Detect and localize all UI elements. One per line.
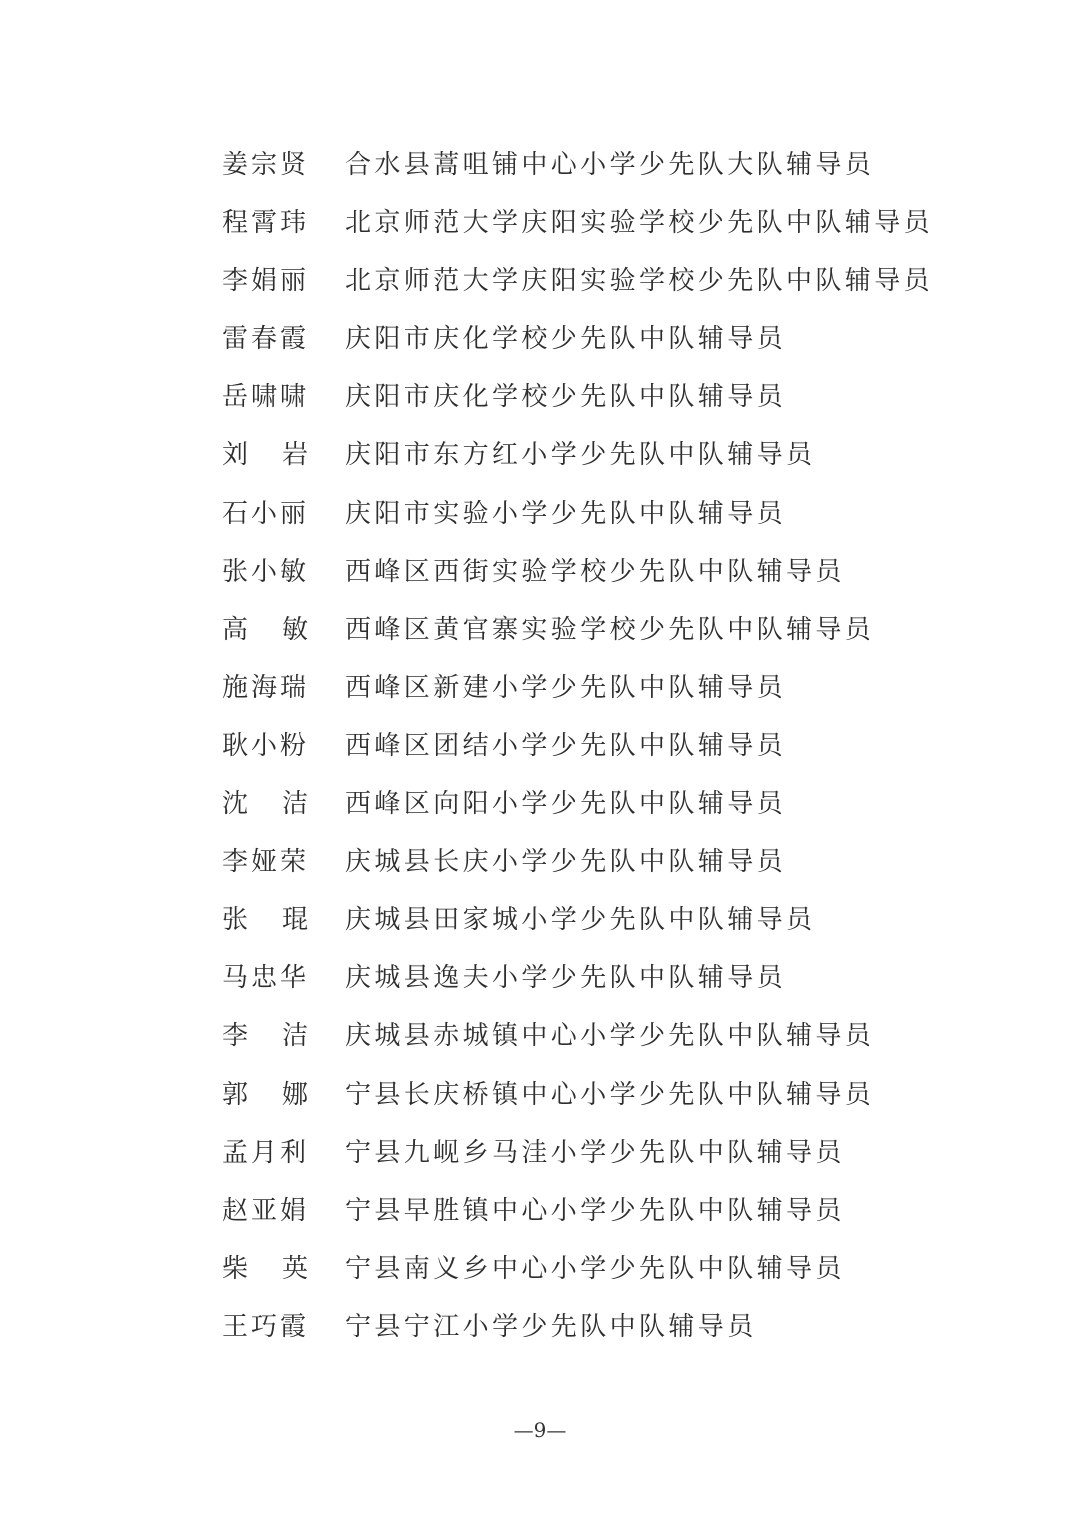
person-role: 庆城县田家城小学少先队中队辅导员	[345, 900, 815, 940]
person-role: 庆城县逸夫小学少先队中队辅导员	[345, 958, 786, 998]
person-name: 孟月利	[222, 1133, 345, 1173]
list-item: 王巧霞 宁县宁江小学少先队中队辅导员	[222, 1307, 922, 1365]
person-name: 王巧霞	[222, 1307, 345, 1347]
person-name: 刘 岩	[222, 435, 308, 475]
list-item: 李 洁 庆城县赤城镇中心小学少先队中队辅导员	[222, 1016, 922, 1074]
person-role: 宁县宁江小学少先队中队辅导员	[345, 1307, 757, 1347]
name-char: 英	[282, 1249, 308, 1289]
name-char: 柴	[222, 1249, 248, 1289]
name-char: 郭	[222, 1075, 248, 1115]
name-char: 娜	[282, 1075, 308, 1115]
person-name: 李娟丽	[222, 261, 345, 301]
name-char: 张	[222, 900, 248, 940]
person-role: 宁县九岘乡马洼小学少先队中队辅导员	[345, 1133, 845, 1173]
person-role: 庆阳市东方红小学少先队中队辅导员	[345, 435, 815, 475]
list-item: 张 琨 庆城县田家城小学少先队中队辅导员	[222, 900, 922, 958]
person-role: 庆城县赤城镇中心小学少先队中队辅导员	[345, 1016, 874, 1056]
person-name: 李 洁	[222, 1016, 308, 1056]
honoree-list: 姜宗贤 合水县蒿咀铺中心小学少先队大队辅导员 程霄玮 北京师范大学庆阳实验学校少…	[222, 145, 922, 1365]
person-name: 雷春霞	[222, 319, 345, 359]
person-role: 北京师范大学庆阳实验学校少先队中队辅导员	[345, 261, 933, 301]
list-item: 郭 娜 宁县长庆桥镇中心小学少先队中队辅导员	[222, 1075, 922, 1133]
name-char: 李	[222, 1016, 248, 1056]
list-item: 柴 英 宁县南义乡中心小学少先队中队辅导员	[222, 1249, 922, 1307]
name-char: 琨	[282, 900, 308, 940]
person-role: 庆阳市庆化学校少先队中队辅导员	[345, 377, 786, 417]
person-name: 张小敏	[222, 552, 345, 592]
person-name: 岳啸啸	[222, 377, 345, 417]
list-item: 孟月利 宁县九岘乡马洼小学少先队中队辅导员	[222, 1133, 922, 1191]
person-role: 宁县南义乡中心小学少先队中队辅导员	[345, 1249, 845, 1289]
list-item: 程霄玮 北京师范大学庆阳实验学校少先队中队辅导员	[222, 203, 922, 261]
person-role: 宁县早胜镇中心小学少先队中队辅导员	[345, 1191, 845, 1231]
list-item: 雷春霞 庆阳市庆化学校少先队中队辅导员	[222, 319, 922, 377]
list-item: 李娅荣 庆城县长庆小学少先队中队辅导员	[222, 842, 922, 900]
name-char: 敏	[282, 610, 308, 650]
person-role: 合水县蒿咀铺中心小学少先队大队辅导员	[345, 145, 874, 185]
person-role: 北京师范大学庆阳实验学校少先队中队辅导员	[345, 203, 933, 243]
list-item: 施海瑞 西峰区新建小学少先队中队辅导员	[222, 668, 922, 726]
list-item: 马忠华 庆城县逸夫小学少先队中队辅导员	[222, 958, 922, 1016]
person-name: 程霄玮	[222, 203, 345, 243]
name-char: 岩	[282, 435, 308, 475]
name-char: 刘	[222, 435, 248, 475]
person-role: 西峰区团结小学少先队中队辅导员	[345, 726, 786, 766]
list-item: 石小丽 庆阳市实验小学少先队中队辅导员	[222, 494, 922, 552]
person-name: 马忠华	[222, 958, 345, 998]
list-item: 高 敏 西峰区黄官寨实验学校少先队中队辅导员	[222, 610, 922, 668]
list-item: 李娟丽 北京师范大学庆阳实验学校少先队中队辅导员	[222, 261, 922, 319]
list-item: 耿小粉 西峰区团结小学少先队中队辅导员	[222, 726, 922, 784]
person-name: 柴 英	[222, 1249, 308, 1289]
list-item: 姜宗贤 合水县蒿咀铺中心小学少先队大队辅导员	[222, 145, 922, 203]
name-char: 高	[222, 610, 248, 650]
person-role: 宁县长庆桥镇中心小学少先队中队辅导员	[345, 1075, 874, 1115]
person-role: 庆阳市庆化学校少先队中队辅导员	[345, 319, 786, 359]
list-item: 沈 洁 西峰区向阳小学少先队中队辅导员	[222, 784, 922, 842]
person-name: 施海瑞	[222, 668, 345, 708]
person-role: 庆阳市实验小学少先队中队辅导员	[345, 494, 786, 534]
person-name: 石小丽	[222, 494, 345, 534]
name-char: 洁	[282, 1016, 308, 1056]
person-name: 郭 娜	[222, 1075, 308, 1115]
list-item: 刘 岩 庆阳市东方红小学少先队中队辅导员	[222, 435, 922, 493]
person-role: 西峰区黄官寨实验学校少先队中队辅导员	[345, 610, 874, 650]
person-name: 李娅荣	[222, 842, 345, 882]
person-role: 西峰区向阳小学少先队中队辅导员	[345, 784, 786, 824]
person-name: 张 琨	[222, 900, 308, 940]
name-char: 沈	[222, 784, 248, 824]
person-role: 西峰区西街实验学校少先队中队辅导员	[345, 552, 845, 592]
person-name: 沈 洁	[222, 784, 308, 824]
person-name: 姜宗贤	[222, 145, 345, 185]
list-item: 岳啸啸 庆阳市庆化学校少先队中队辅导员	[222, 377, 922, 435]
document-page: 姜宗贤 合水县蒿咀铺中心小学少先队大队辅导员 程霄玮 北京师范大学庆阳实验学校少…	[0, 0, 1080, 1528]
list-item: 赵亚娟 宁县早胜镇中心小学少先队中队辅导员	[222, 1191, 922, 1249]
person-name: 赵亚娟	[222, 1191, 345, 1231]
person-role: 庆城县长庆小学少先队中队辅导员	[345, 842, 786, 882]
person-role: 西峰区新建小学少先队中队辅导员	[345, 668, 786, 708]
name-char: 洁	[282, 784, 308, 824]
list-item: 张小敏 西峰区西街实验学校少先队中队辅导员	[222, 552, 922, 610]
person-name: 耿小粉	[222, 726, 345, 766]
page-number: —9—	[0, 1416, 1080, 1444]
person-name: 高 敏	[222, 610, 308, 650]
